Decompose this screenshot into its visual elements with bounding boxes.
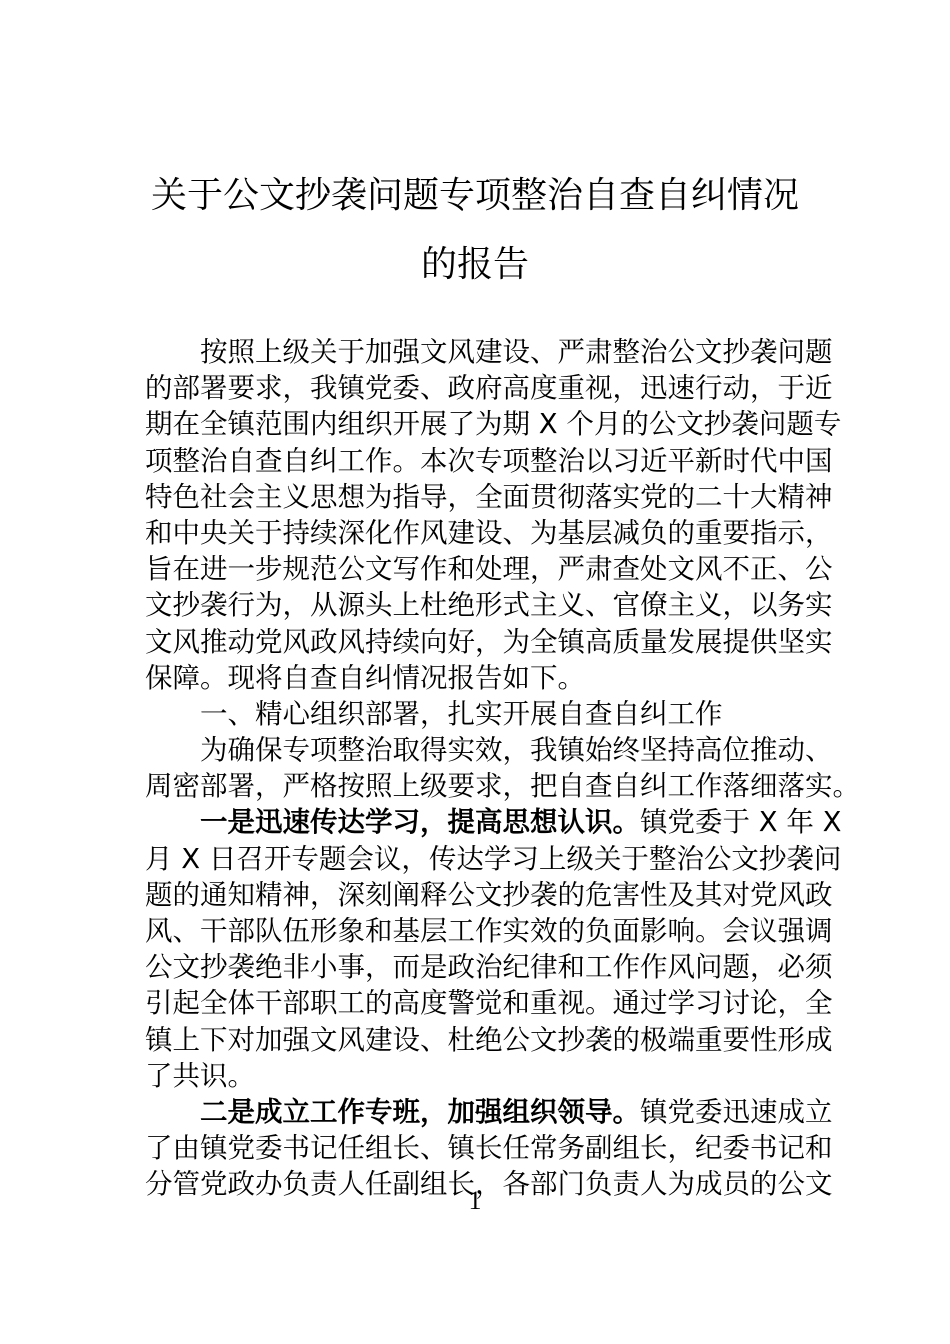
line-text: 镇上下对加强文风建设、杜绝公文抄袭的极端重要性形成 [145, 1024, 833, 1056]
document-page: 关于公文抄袭问题专项整治自查自纠情况 的报告 按照上级关于加强文风建设、严肃整治… [0, 0, 950, 1344]
line-text: 镇党委迅速成立 [640, 1096, 833, 1128]
body-text-line: 一、精心组织部署，扎实开展自查自纠工作 [145, 696, 809, 732]
line-text: 了共识。 [145, 1060, 255, 1092]
body-text-line: 公文抄袭绝非小事，而是政治纪律和工作作风问题，必须 [145, 949, 809, 985]
body-text-line: 了共识。 [145, 1058, 809, 1094]
body-text-line: 题的通知精神，深刻阐释公文抄袭的危害性及其对党风政 [145, 877, 809, 913]
line-text: 风、干部队伍形象和基层工作实效的负面影响。会议强调 [145, 915, 833, 947]
line-text: 期在全镇范围内组织开展了为期 X 个月的公文抄袭问题专 [145, 408, 841, 440]
bold-subheading: 一是迅速传达学习，提高思想认识。 [200, 806, 640, 838]
line-text: 为确保专项整治取得实效，我镇始终坚持高位推动、 [200, 734, 833, 766]
body-text-line: 项整治自查自纠工作。本次专项整治以习近平新时代中国 [145, 443, 809, 479]
line-text: 和中央关于持续深化作风建设、为基层减负的重要指示， [145, 517, 833, 549]
body-text-line: 风、干部队伍形象和基层工作实效的负面影响。会议强调 [145, 913, 809, 949]
body-text-line: 了由镇党委书记任组长、镇长任常务副组长，纪委书记和 [145, 1130, 809, 1166]
body-text-line: 和中央关于持续深化作风建设、为基层减负的重要指示， [145, 515, 809, 551]
body-text-line: 保障。现将自查自纠情况报告如下。 [145, 660, 809, 696]
page-number: 1 [0, 1186, 950, 1216]
line-text: 了由镇党委书记任组长、镇长任常务副组长，纪委书记和 [145, 1132, 833, 1164]
body-text-line: 期在全镇范围内组织开展了为期 X 个月的公文抄袭问题专 [145, 406, 809, 442]
document-body: 按照上级关于加强文风建设、严肃整治公文抄袭问题的部署要求，我镇党委、政府高度重视… [145, 334, 809, 1203]
line-text: 按照上级关于加强文风建设、严肃整治公文抄袭问题 [200, 336, 833, 368]
line-text: 镇党委于 X 年 X [640, 806, 841, 838]
line-text: 保障。现将自查自纠情况报告如下。 [145, 662, 585, 694]
line-text: 周密部署，严格按照上级要求，把自查自纠工作落细落实。 [145, 770, 860, 802]
line-text: 文风推动党风政风持续向好，为全镇高质量发展提供坚实 [145, 626, 833, 658]
body-text-line: 特色社会主义思想为指导，全面贯彻落实党的二十大精神 [145, 479, 809, 515]
bold-subheading: 二是成立工作专班，加强组织领导。 [200, 1096, 640, 1128]
body-text-line: 按照上级关于加强文风建设、严肃整治公文抄袭问题 [145, 334, 809, 370]
body-text-line: 周密部署，严格按照上级要求，把自查自纠工作落细落实。 [145, 768, 809, 804]
paragraph-lead-line: 一是迅速传达学习，提高思想认识。镇党委于 X 年 X [145, 804, 809, 840]
line-text: 一、精心组织部署，扎实开展自查自纠工作 [200, 698, 723, 730]
paragraph-lead-line: 二是成立工作专班，加强组织领导。镇党委迅速成立 [145, 1094, 809, 1130]
line-text: 旨在进一步规范公文写作和处理，严肃查处文风不正、公 [145, 553, 833, 585]
line-text: 项整治自查自纠工作。本次专项整治以习近平新时代中国 [145, 445, 833, 477]
line-text: 题的通知精神，深刻阐释公文抄袭的危害性及其对党风政 [145, 879, 833, 911]
body-text-line: 为确保专项整治取得实效，我镇始终坚持高位推动、 [145, 732, 809, 768]
body-text-line: 文抄袭行为，从源头上杜绝形式主义、官僚主义，以务实 [145, 587, 809, 623]
body-text-line: 引起全体干部职工的高度警觉和重视。通过学习讨论，全 [145, 985, 809, 1021]
line-text: 特色社会主义思想为指导，全面贯彻落实党的二十大精神 [145, 481, 833, 513]
body-text-line: 月 X 日召开专题会议，传达学习上级关于整治公文抄袭问 [145, 841, 809, 877]
body-text-line: 旨在进一步规范公文写作和处理，严肃查处文风不正、公 [145, 551, 809, 587]
body-text-line: 的部署要求，我镇党委、政府高度重视，迅速行动，于近 [145, 370, 809, 406]
line-text: 的部署要求，我镇党委、政府高度重视，迅速行动，于近 [145, 372, 833, 404]
line-text: 月 X 日召开专题会议，传达学习上级关于整治公文抄袭问 [145, 843, 841, 875]
document-title-line-2: 的报告 [0, 243, 950, 287]
body-text-line: 文风推动党风政风持续向好，为全镇高质量发展提供坚实 [145, 624, 809, 660]
document-title-line-1: 关于公文抄袭问题专项整治自查自纠情况 [0, 174, 950, 218]
line-text: 文抄袭行为，从源头上杜绝形式主义、官僚主义，以务实 [145, 589, 833, 621]
line-text: 引起全体干部职工的高度警觉和重视。通过学习讨论，全 [145, 987, 833, 1019]
body-text-line: 镇上下对加强文风建设、杜绝公文抄袭的极端重要性形成 [145, 1022, 809, 1058]
line-text: 公文抄袭绝非小事，而是政治纪律和工作作风问题，必须 [145, 951, 833, 983]
